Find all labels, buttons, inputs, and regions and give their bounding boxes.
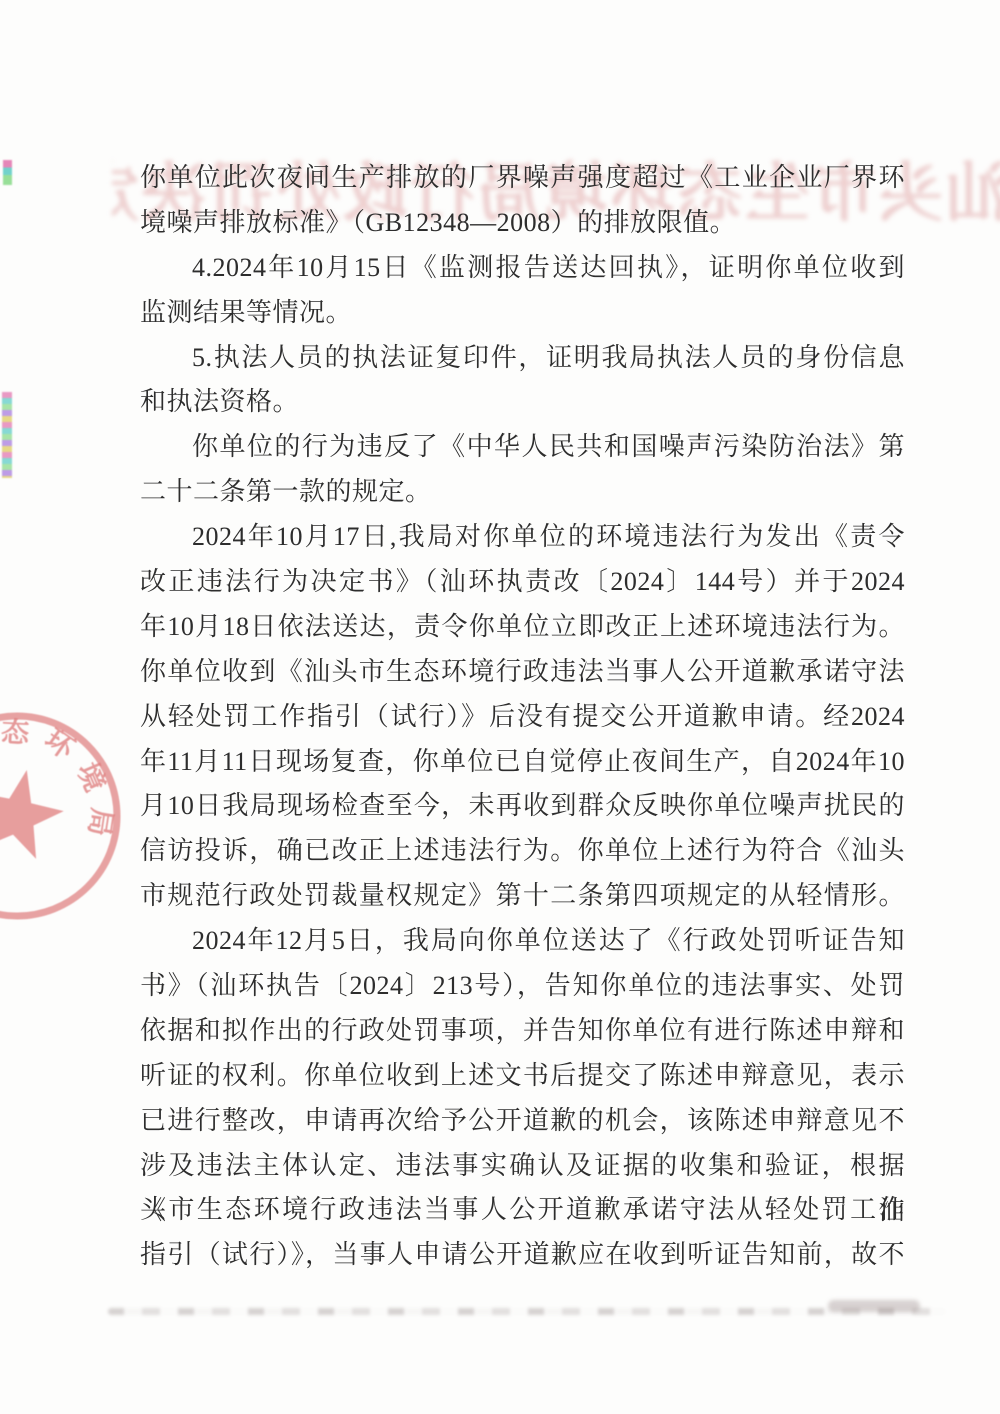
document-line: 年10月18日依法送达，责令你单位立即改正上述环境违法行为。	[140, 605, 905, 650]
document-body: 你单位此次夜间生产排放的厂界噪声强度超过《工业企业厂界环 境噪声排放标准》（GB…	[140, 156, 905, 1278]
document-line: 二十二条第一款的规定。	[140, 470, 905, 515]
scan-artifact-strip	[2, 392, 12, 478]
document-line: 已进行整改，申请再次给予公开道歉的机会，该陈述申辩意见不	[140, 1099, 905, 1144]
document-line: 2024年12月5日，我局向你单位送达了《行政处罚听证告知	[140, 919, 905, 964]
document-line: 监测结果等情况。	[140, 291, 905, 336]
document-page: 汕头市生态环境局行政处罚决定书 汕头市生态环境局 你单位此次夜间生产排放的厂界噪…	[0, 0, 1000, 1414]
document-line: 月10日我局现场检查至今，未再收到群众反映你单位噪声扰民的	[140, 784, 905, 829]
document-line: 指引（试行）》，当事人申请公开道歉应在收到听证告知前，故不	[140, 1233, 905, 1278]
document-line: 年11月11日现场复查，你单位已自觉停止夜间生产，自2024年10	[140, 740, 905, 785]
document-line: 2024年10月17日,我局对你单位的环境违法行为发出《责令	[140, 515, 905, 560]
document-line: 你单位此次夜间生产排放的厂界噪声强度超过《工业企业厂界环	[140, 156, 905, 201]
seal-star-icon	[0, 761, 70, 863]
scan-smudge-blob	[828, 1300, 920, 1312]
document-line: 和执法资格。	[140, 380, 905, 425]
document-line: 听证的权利。你单位收到上述文书后提交了陈述申辩意见，表示	[140, 1054, 905, 1099]
document-line: 书》（汕环执告〔2024〕213号），告知你单位的违法事实、处罚	[140, 964, 905, 1009]
document-line: 市规范行政处罚裁量权规定》第十二条第四项规定的从轻情形。	[140, 874, 905, 919]
document-line: 涉及违法主体认定、违法事实确认及证据的收集和验证，根据《汕	[140, 1144, 905, 1189]
scan-artifact-strip	[3, 160, 12, 185]
document-line: 信访投诉，确已改正上述违法行为。你单位上述行为符合《汕头	[140, 829, 905, 874]
document-line: 5.执法人员的执法证复印件，证明我局执法人员的身份信息	[140, 336, 905, 381]
document-line: 你单位收到《汕头市生态环境行政违法当事人公开道歉承诺守法	[140, 650, 905, 695]
document-line: 4.2024年10月15日《监测报告送达回执》，证明你单位收到	[140, 246, 905, 291]
document-line: 境噪声排放标准》（GB12348—2008）的排放限值。	[140, 201, 905, 246]
scan-smudge-line	[108, 1308, 946, 1315]
document-line: 你单位的行为违反了《中华人民共和国噪声污染防治法》第	[140, 425, 905, 470]
document-line: 改正违法行为决定书》（汕环执责改〔2024〕144号）并于2024	[140, 560, 905, 605]
document-line: 头市生态环境行政违法当事人公开道歉承诺守法从轻处罚工作	[140, 1188, 905, 1233]
document-line: 从轻处罚工作指引（试行）》后没有提交公开道歉申请。经2024	[140, 695, 905, 740]
document-line: 依据和拟作出的行政处罚事项，并告知你单位有进行陈述申辩和	[140, 1009, 905, 1054]
official-seal-stamp: 汕头市生态环境局	[0, 696, 137, 936]
